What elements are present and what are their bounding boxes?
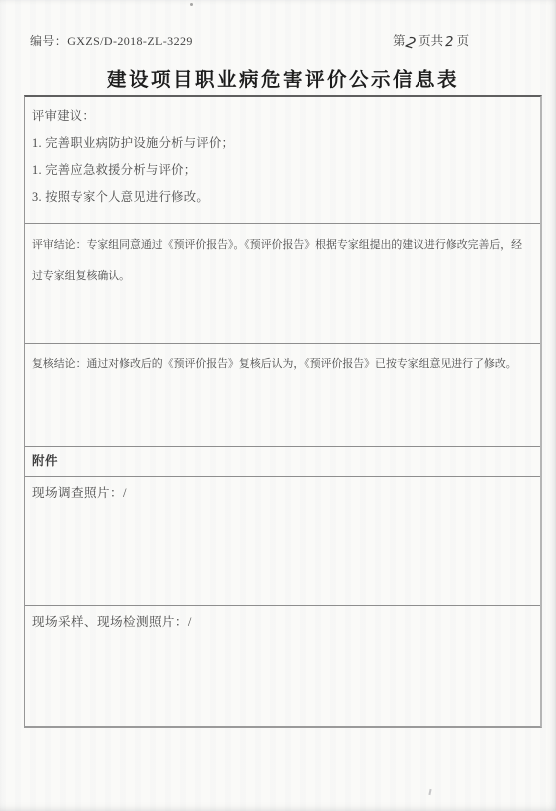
review-suggestions-cell: 评审建议： 1. 完善职业病防护设施分析与评价； 1. 完善应急救援分析与评价；…: [25, 97, 540, 223]
site-survey-photos-label: 现场调查照片：/: [32, 484, 532, 502]
review-conclusion-cell: 评审结论：专家组同意通过《预评价报告》。《预评价报告》根据专家组提出的建议进行修…: [25, 223, 540, 343]
evaluation-form-table: 评审建议： 1. 完善职业病防护设施分析与评价； 1. 完善应急救援分析与评价；…: [24, 95, 542, 728]
review-suggestion-item-1: 1. 完善职业病防护设施分析与评价；: [32, 130, 532, 157]
review-suggestion-item-3: 3. 按照专家个人意见进行修改。: [32, 184, 532, 211]
scan-artifact-dot: [190, 3, 193, 6]
page-number-info: 第2页共2页: [393, 31, 469, 49]
site-sampling-photos-label: 现场采样、现场检测照片：/: [32, 613, 532, 631]
review-conclusion-line-2: 过专家组复核确认。: [32, 261, 536, 292]
review-conclusion-line-1: 评审结论：专家组同意通过《预评价报告》。《预评价报告》根据专家组提出的建议进行修…: [32, 230, 536, 261]
scanned-document-page: 编号：GXZS/D-2018-ZL-3229 第2页共2页 建设项目职业病危害评…: [0, 0, 556, 811]
scan-artifact-speck: [428, 789, 431, 795]
page-info-suffix: 页: [457, 34, 470, 48]
recheck-conclusion-line: 复核结论：通过对修改后的《预评价报告》复核后认为，《预评价报告》已按专家组意见进…: [32, 349, 536, 380]
document-number-label: 编号：: [30, 34, 67, 48]
document-title: 建设项目职业病危害评价公示信息表: [24, 66, 542, 94]
page-info-prefix: 第: [393, 34, 406, 48]
attachments-header-cell: 附件: [25, 446, 540, 476]
recheck-conclusion-cell: 复核结论：通过对修改后的《预评价报告》复核后认为，《预评价报告》已按专家组意见进…: [25, 343, 540, 446]
document-number-value: GXZS/D-2018-ZL-3229: [67, 34, 193, 48]
site-sampling-photos-cell: 现场采样、现场检测照片：/: [25, 605, 540, 726]
page-info-middle: 页共: [418, 34, 443, 48]
attachments-label: 附件: [32, 451, 532, 471]
handwritten-total-pages: 2: [445, 36, 454, 50]
site-survey-photos-cell: 现场调查照片：/: [25, 476, 540, 605]
document-number: 编号：GXZS/D-2018-ZL-3229: [30, 32, 193, 49]
review-suggestions-label: 评审建议：: [32, 103, 532, 130]
review-suggestion-item-2: 1. 完善应急救援分析与评价；: [32, 157, 532, 184]
